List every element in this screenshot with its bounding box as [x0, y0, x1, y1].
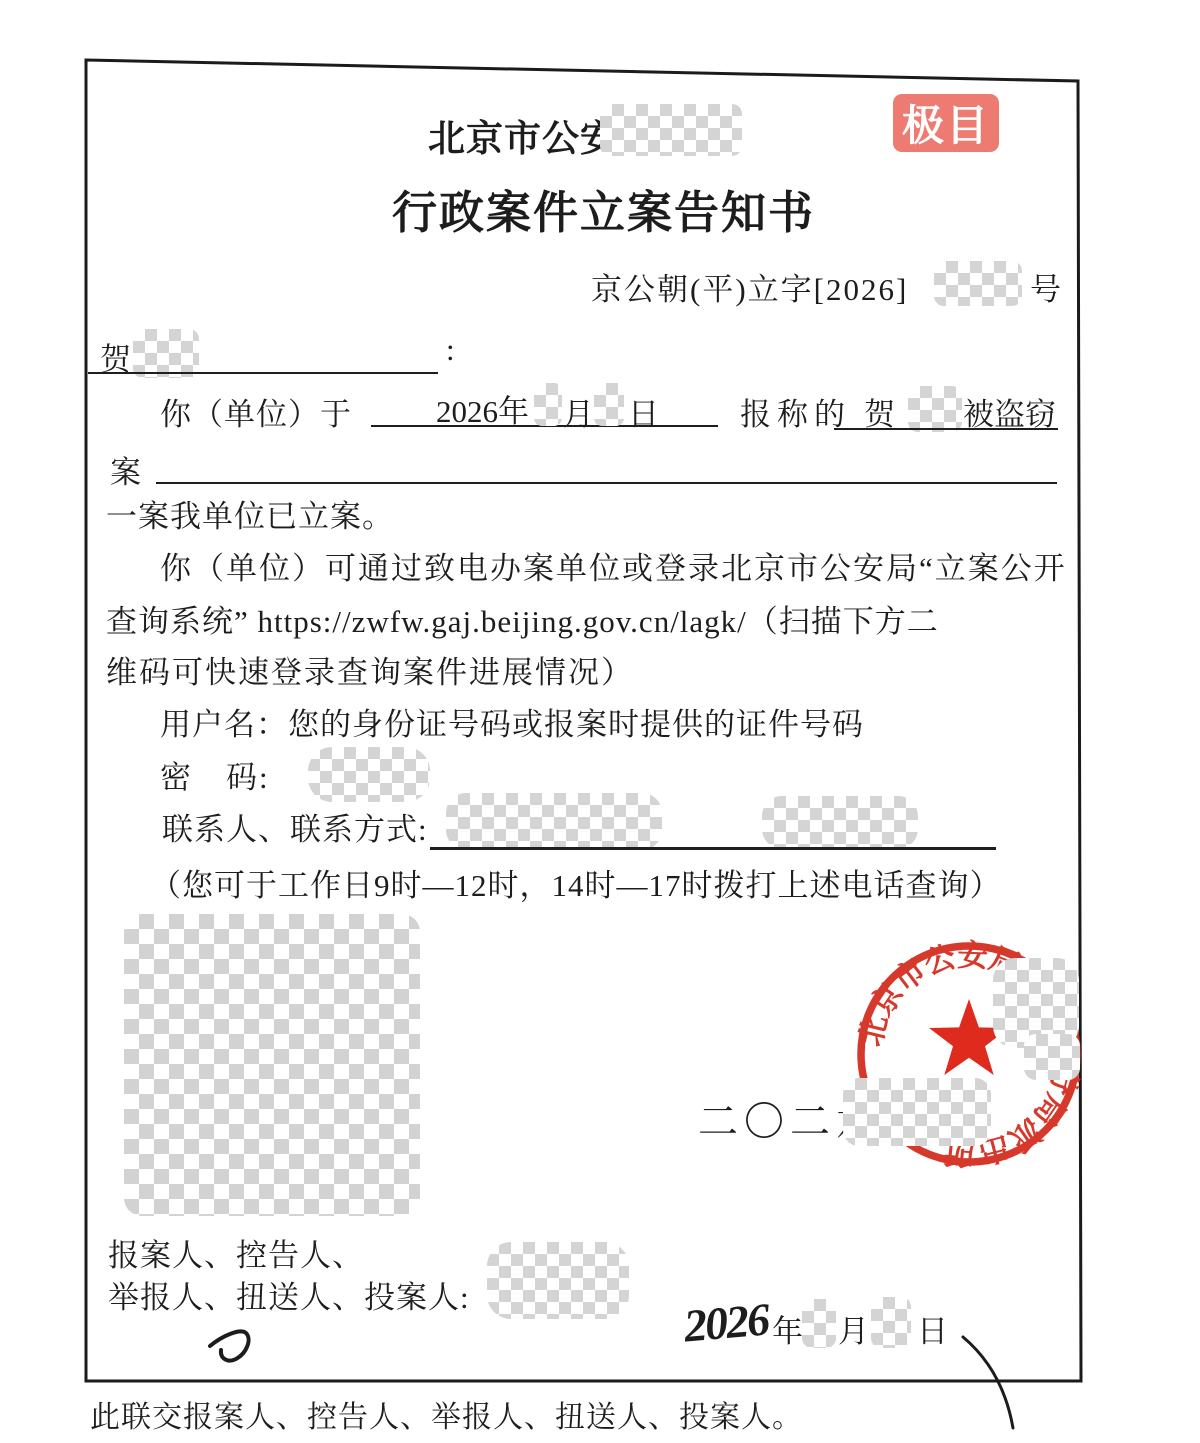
censored-date-month: [802, 1299, 836, 1348]
censored-date-day: [871, 1297, 911, 1348]
footer-note: 此联交报案人、控告人、举报人、扭送人、投案人。: [90, 1392, 803, 1436]
date-year-label: 年: [772, 1306, 803, 1351]
handwritten-mark: [0, 0, 1200, 1443]
pen-stroke: [963, 1337, 1013, 1428]
date-day-label: 日: [917, 1306, 948, 1351]
scanned-notice-document: { "page": { "badge": "极目", "header": { "…: [0, 0, 1200, 1443]
handwritten-year: 2026: [682, 1292, 770, 1352]
date-month-label: 月: [838, 1306, 869, 1351]
